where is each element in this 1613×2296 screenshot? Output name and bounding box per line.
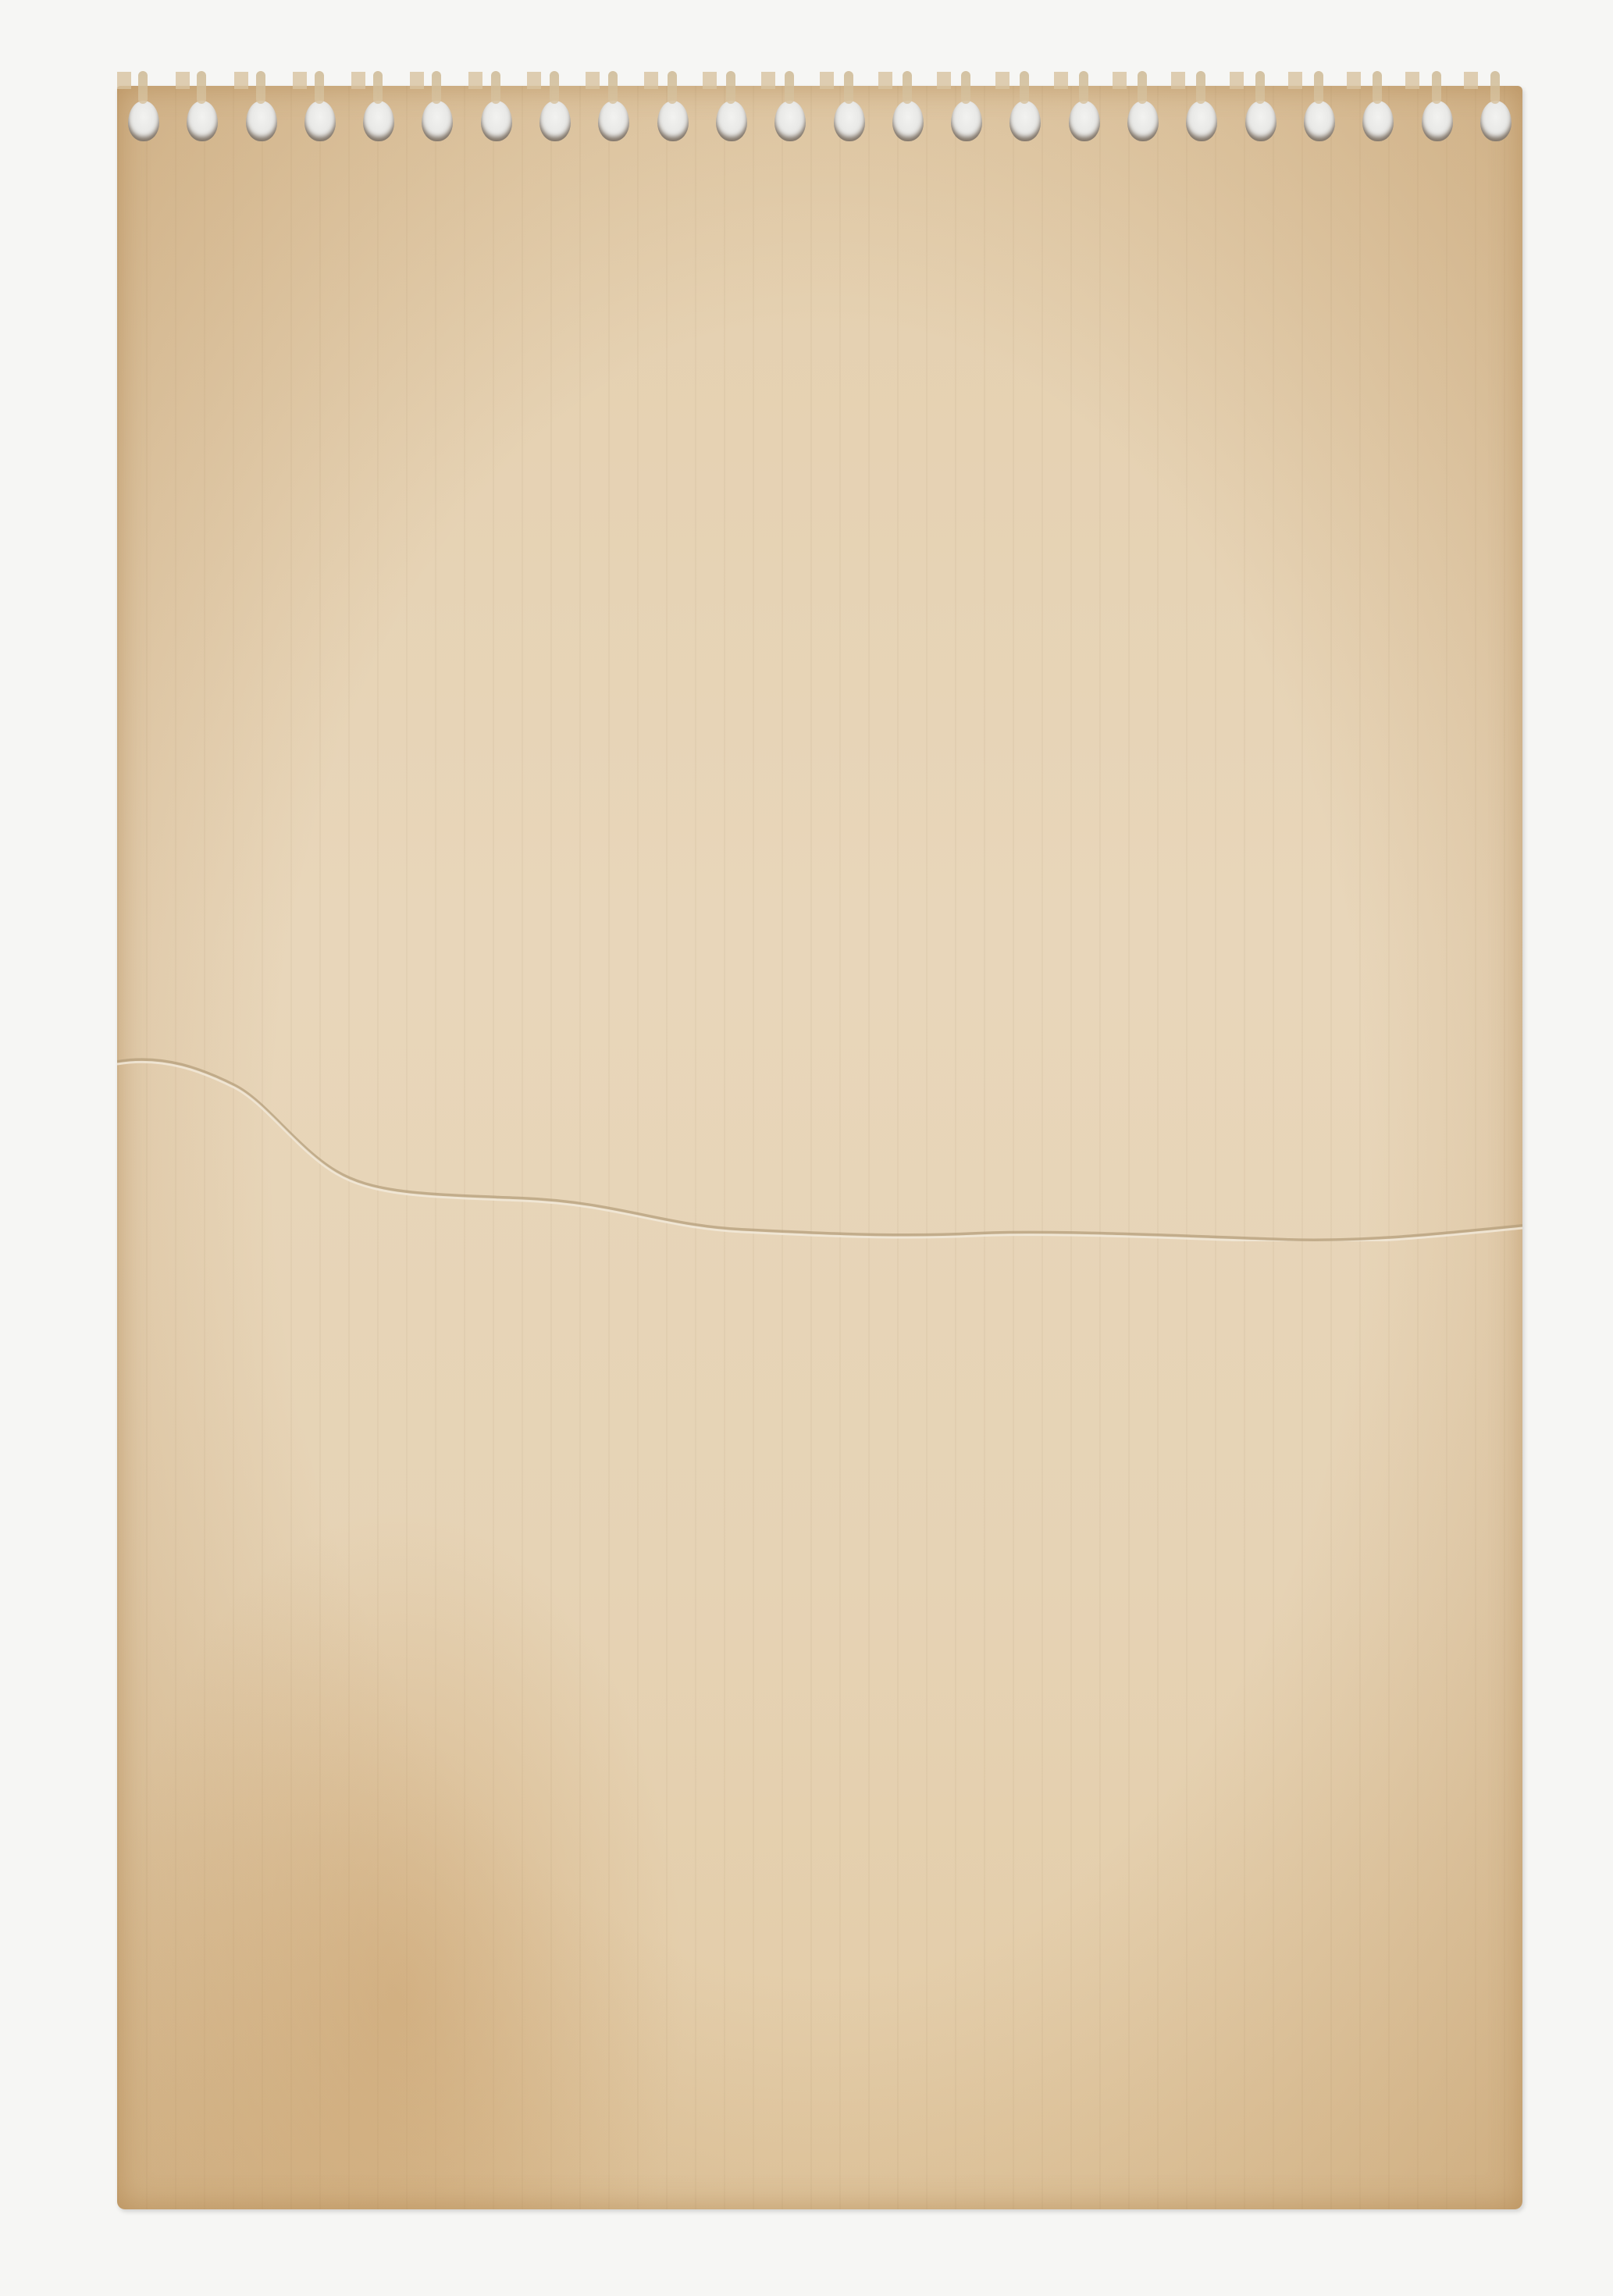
- binding-hole: [128, 101, 159, 141]
- paper-crease: [117, 1038, 1522, 1241]
- binding-hole: [1009, 101, 1041, 141]
- binding-hole: [1480, 101, 1512, 141]
- binding-hole: [246, 101, 277, 141]
- binding-hole: [1186, 101, 1217, 141]
- binding-hole: [304, 101, 336, 141]
- binding-hole: [598, 101, 629, 141]
- binding-hole: [716, 101, 747, 141]
- binding-hole: [657, 101, 689, 141]
- spiral-binding-holes: [117, 86, 1522, 156]
- binding-hole: [1422, 101, 1453, 141]
- binding-hole: [774, 101, 806, 141]
- binding-hole: [1127, 101, 1159, 141]
- binding-hole: [1069, 101, 1100, 141]
- binding-hole: [834, 101, 865, 141]
- binding-hole: [951, 101, 982, 141]
- binding-hole: [1304, 101, 1335, 141]
- binding-hole: [422, 101, 453, 141]
- binding-hole: [1362, 101, 1394, 141]
- binding-hole: [187, 101, 218, 141]
- binding-hole: [363, 101, 394, 141]
- binding-hole: [892, 101, 924, 141]
- binding-hole: [539, 101, 571, 141]
- binding-hole: [481, 101, 512, 141]
- notepad-page: [117, 86, 1522, 2209]
- binding-hole: [1245, 101, 1277, 141]
